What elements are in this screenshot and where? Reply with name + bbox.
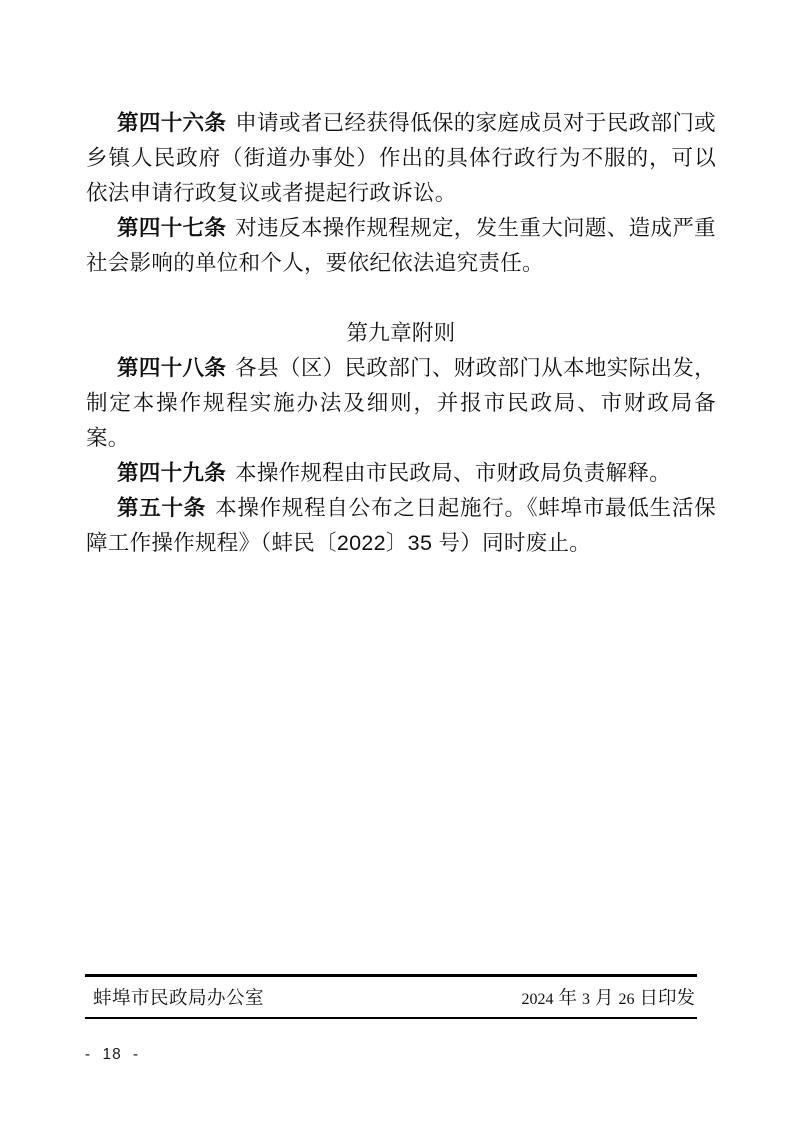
imprint-row: 蚌埠市民政局办公室 2024 年 3 月 26 日印发	[85, 977, 697, 1017]
article-49-number: 第四十九条	[117, 461, 226, 485]
article-49-paragraph: 第四十九条本操作规程由市民政局、市财政局负责解释。	[86, 456, 716, 491]
page-number: - 18 -	[85, 1046, 139, 1064]
article-48-paragraph: 第四十八条各县（区）民政部门、财政部门从本地实际出发，制定本操作规程实施办法及细…	[86, 351, 716, 456]
imprint-date-year-label: 年	[558, 984, 577, 1010]
document-page: 第四十六条申请或者已经获得低保的家庭成员对于民政部门或乡镇人民政府（街道办事处）…	[0, 0, 793, 1122]
chapter-9-heading: 第九章附则	[86, 316, 716, 351]
article-49-text: 本操作规程由市民政局、市财政局负责解释。	[235, 461, 671, 485]
article-47-number: 第四十七条	[117, 216, 226, 240]
document-body: 第四十六条申请或者已经获得低保的家庭成员对于民政部门或乡镇人民政府（街道办事处）…	[86, 106, 716, 561]
article-47-paragraph: 第四十七条对违反本操作规程规定，发生重大问题、造成严重社会影响的单位和个人，要依…	[86, 211, 716, 281]
article-50-paragraph: 第五十条本操作规程自公布之日起施行。《蚌埠市最低生活保障工作操作规程》（蚌民〔2…	[86, 491, 716, 561]
imprint-issuer: 蚌埠市民政局办公室	[93, 984, 264, 1010]
article-46-number: 第四十六条	[117, 111, 226, 135]
imprint-date-month: 3	[582, 991, 590, 1009]
imprint-date-year: 2024	[521, 991, 553, 1009]
imprint-date-day-label: 日印发	[639, 984, 695, 1010]
imprint-print-date: 2024 年 3 月 26 日印发	[521, 984, 695, 1010]
imprint-date-month-label: 月	[595, 984, 614, 1010]
article-48-number: 第四十八条	[117, 356, 226, 380]
article-50-number: 第五十条	[117, 496, 206, 520]
imprint-date-day: 26	[618, 991, 634, 1009]
article-46-paragraph: 第四十六条申请或者已经获得低保的家庭成员对于民政部门或乡镇人民政府（街道办事处）…	[86, 106, 716, 211]
imprint-bottom-rule	[85, 1017, 697, 1019]
